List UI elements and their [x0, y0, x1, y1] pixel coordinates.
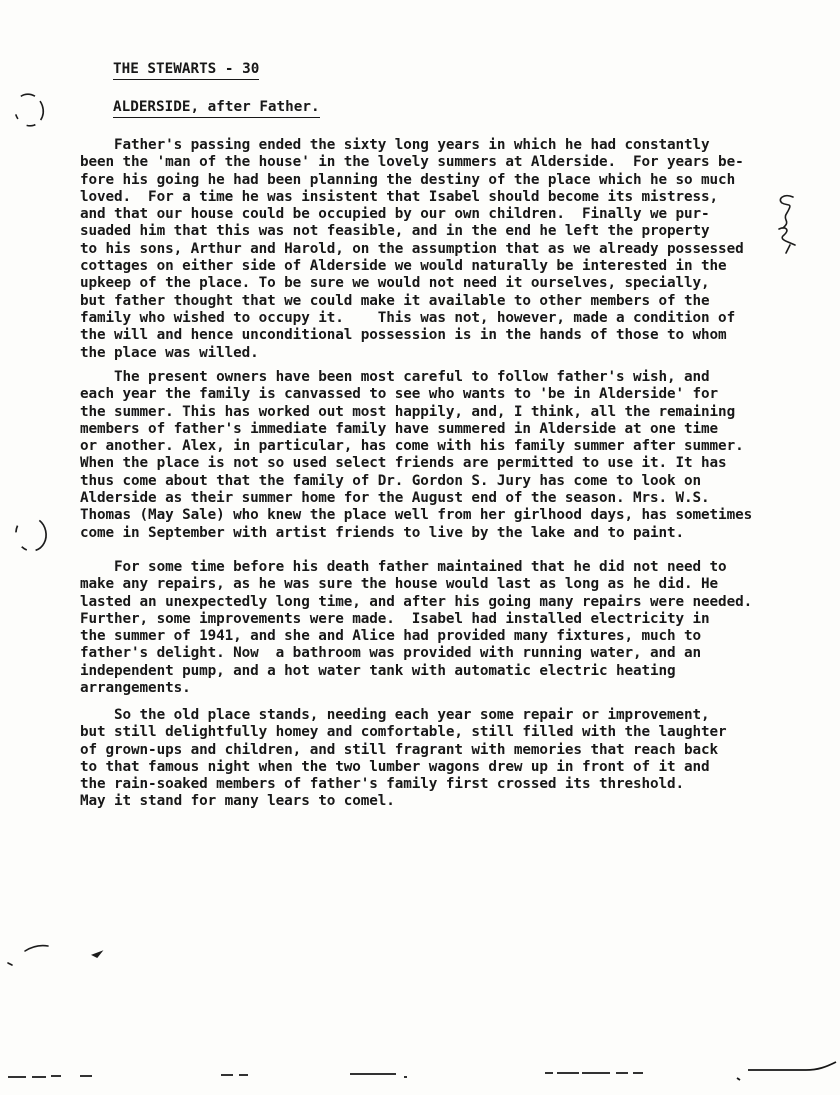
section-title: ALDERSIDE, after Father. [113, 99, 320, 118]
text-line: the summer. This has worked out most hap… [80, 404, 810, 421]
text-line: father's delight. Now a bathroom was pro… [80, 645, 810, 662]
text-line: When the place is not so used select fri… [80, 455, 810, 472]
text-line: The present owners have been most carefu… [80, 369, 810, 386]
text-line: of grown-ups and children, and still fra… [80, 742, 810, 759]
text-line: independent pump, and a hot water tank w… [80, 663, 810, 680]
paragraph-1: Father's passing ended the sixty long ye… [80, 137, 810, 362]
text-line: Father's passing ended the sixty long ye… [80, 137, 810, 154]
text-line: or another. Alex, in particular, has com… [80, 438, 810, 455]
text-line: fore his going he had been planning the … [80, 172, 810, 189]
text-line: members of father's immediate family hav… [80, 421, 810, 438]
pencil-marks-bottom-left [8, 946, 101, 965]
text-line: the will and hence unconditional possess… [80, 327, 810, 344]
text-line: cottages on either side of Alderside we … [80, 258, 810, 275]
text-line: Thomas (May Sale) who knew the place wel… [80, 507, 810, 524]
text-line: each year the family is canvassed to see… [80, 386, 810, 403]
text-line: but father thought that we could make it… [80, 293, 810, 310]
text-line: but still delightfully homey and comfort… [80, 724, 810, 741]
text-line: been the 'man of the house' in the lovel… [80, 154, 810, 171]
text-line: make any repairs, as he was sure the hou… [80, 576, 810, 593]
scanned-typewritten-page: THE STEWARTS - 30 ALDERSIDE, after Fathe… [0, 0, 840, 1095]
text-line: the rain-soaked members of father's fami… [80, 776, 810, 793]
text-line: the place was willed. [80, 345, 810, 362]
text-line: thus come about that the family of Dr. G… [80, 473, 810, 490]
text-line: For some time before his death father ma… [80, 559, 810, 576]
text-line: to his sons, Arthur and Harold, on the a… [80, 241, 810, 258]
text-line: upkeep of the place. To be sure we would… [80, 275, 810, 292]
text-line: So the old place stands, needing each ye… [80, 707, 810, 724]
text-line: Alderside as their summer home for the A… [80, 490, 810, 507]
text-line: lasted an unexpectedly long time, and af… [80, 594, 810, 611]
text-line: loved. For a time he was insistent that … [80, 189, 810, 206]
text-line: come in September with artist friends to… [80, 525, 810, 542]
fold-line-bottom [8, 1062, 836, 1080]
paragraph-3: For some time before his death father ma… [80, 559, 810, 697]
text-line: May it stand for many lears to comel. [80, 793, 810, 810]
paragraph-2: The present owners have been most carefu… [80, 369, 810, 542]
paragraph-4: So the old place stands, needing each ye… [80, 707, 810, 811]
page-header: THE STEWARTS - 30 [113, 61, 259, 80]
text-line: Further, some improvements were made. Is… [80, 611, 810, 628]
text-line: suaded him that this was not feasible, a… [80, 223, 810, 240]
text-line: family who wished to occupy it. This was… [80, 310, 810, 327]
punch-hole-mark-middle [13, 514, 49, 553]
text-line: to that famous night when the two lumber… [80, 759, 810, 776]
punch-hole-mark-top [11, 90, 48, 129]
text-line: arrangements. [80, 680, 810, 697]
text-line: the summer of 1941, and she and Alice ha… [80, 628, 810, 645]
text-line: and that our house could be occupied by … [80, 206, 810, 223]
